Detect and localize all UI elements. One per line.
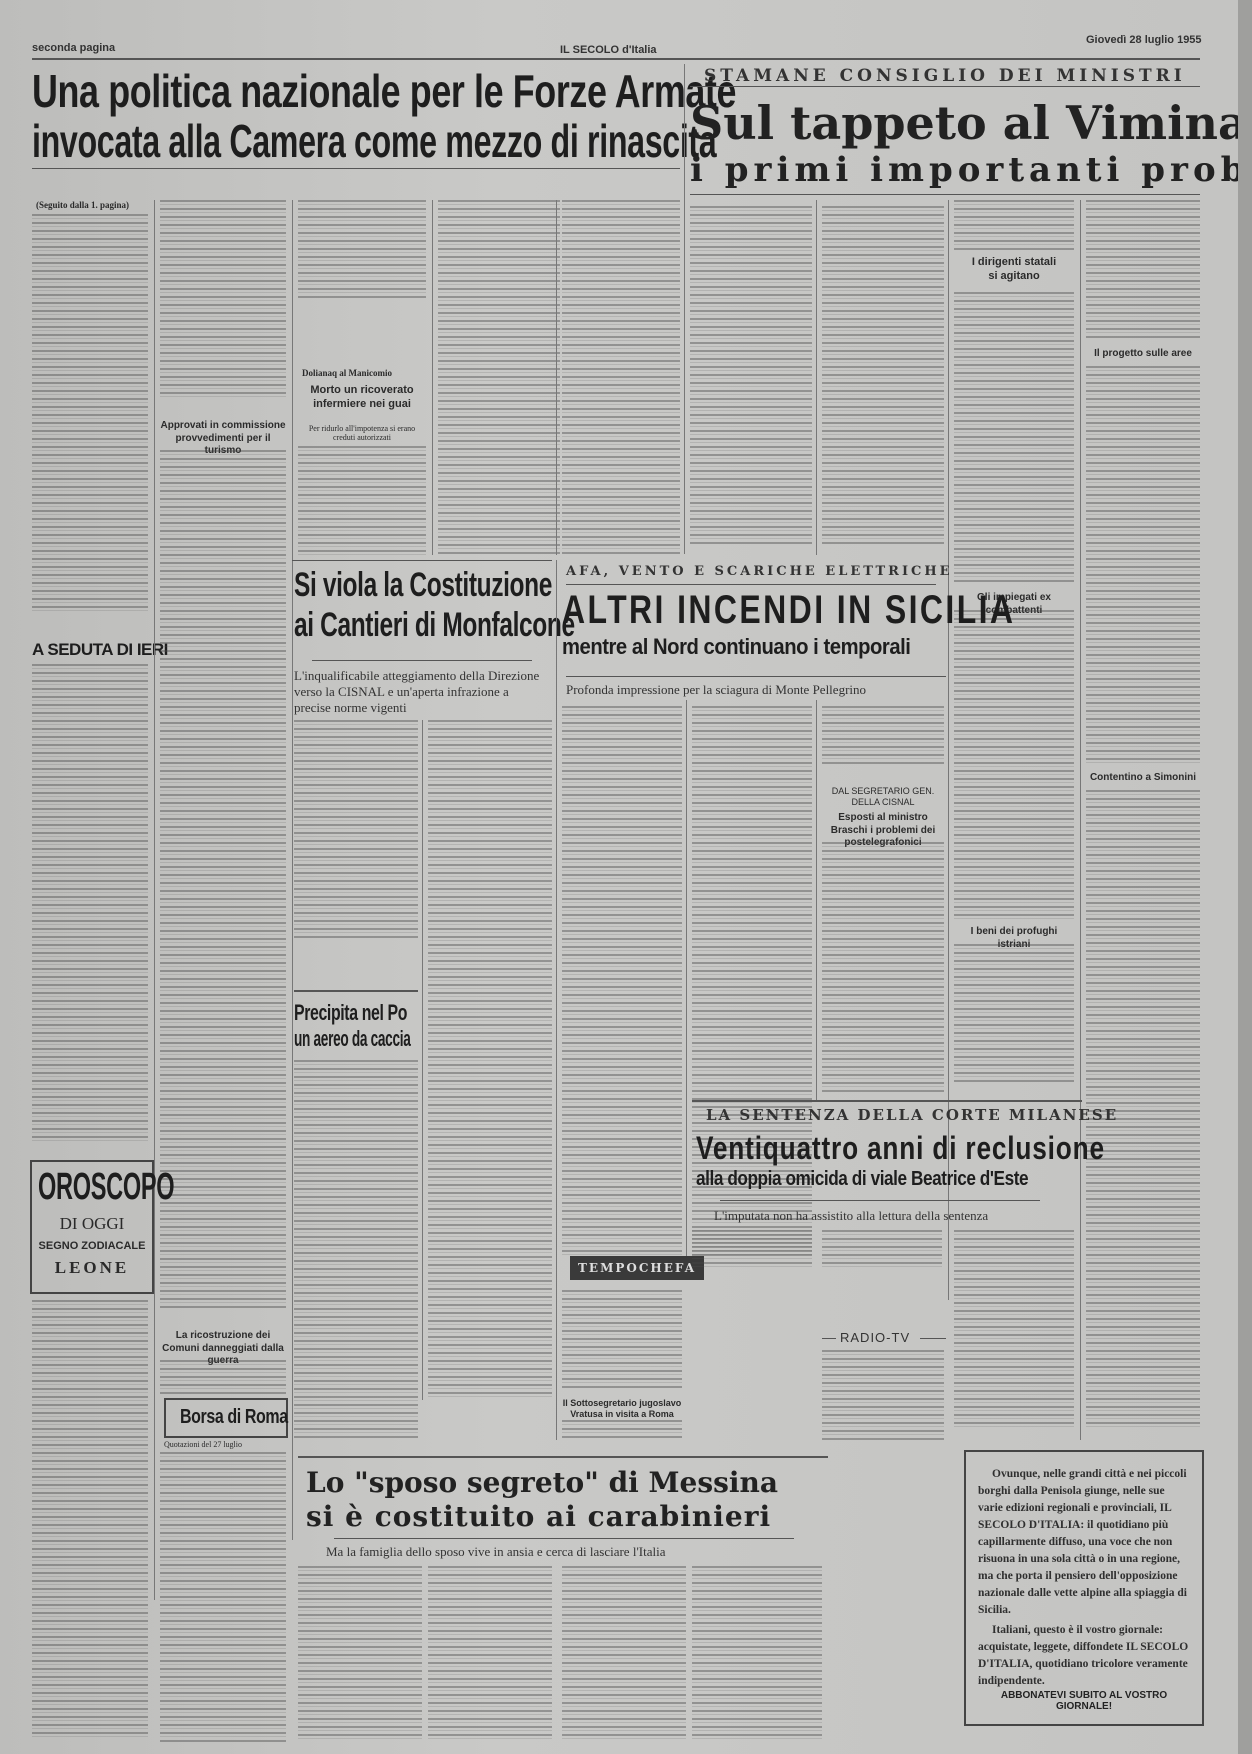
- rule: [690, 194, 1200, 195]
- article-text: [692, 1230, 812, 1270]
- article-text: [294, 1060, 418, 1440]
- article-text: [1086, 200, 1200, 340]
- weather-text: [562, 1290, 682, 1390]
- article-text: [954, 200, 1074, 250]
- section-seduta-di-ieri: A SEDUTA DI IERI: [32, 640, 168, 660]
- column-rule: [556, 560, 557, 1440]
- article-text: [160, 200, 286, 400]
- headline-messina-2: si è costituito ai carabinieri: [306, 1500, 771, 1533]
- headline-dirigenti: I dirigenti statali si agitano: [954, 256, 1074, 284]
- masthead-rule: [32, 58, 1200, 60]
- headline-contentino: Contentino a Simonini: [1086, 772, 1200, 785]
- borsa-listing: [160, 1452, 286, 1742]
- deck-sicilia: Profonda impressione per la sciagura di …: [566, 682, 866, 698]
- headline-sicilia-1: ALTRI INCENDI IN SICILIA: [562, 588, 1015, 633]
- column-rule: [684, 64, 685, 554]
- column-rule: [816, 200, 817, 555]
- headline-progetto: Il progetto sulle aree: [1086, 348, 1200, 361]
- rule: [566, 584, 936, 585]
- article-text: [298, 446, 426, 556]
- column-rule: [292, 200, 293, 1540]
- article-text: [822, 1230, 942, 1270]
- borsa-box: Borsa di Roma: [164, 1398, 288, 1438]
- article-text: [954, 944, 1074, 1084]
- headline-forze-armate-2: invocata alla Camera come mezzo di rinas…: [32, 114, 716, 168]
- headline-messina-1: Lo "sposo segreto" di Messina: [306, 1466, 778, 1499]
- article-text: [438, 200, 560, 555]
- article-text: [562, 1420, 682, 1440]
- headline-forze-armate-1: Una politica nazionale per le Forze Arma…: [32, 64, 736, 118]
- article-text: [954, 1230, 1074, 1430]
- headline-monfalcone-2: ai Cantieri di Monfalcone: [294, 606, 575, 645]
- headline-corte-1: Ventiquattro anni di reclusione: [696, 1130, 1105, 1167]
- horoscope-text: [32, 1300, 148, 1740]
- headline-viminale-2: i primi importanti problemi: [690, 150, 1252, 190]
- article-text: [428, 720, 552, 1400]
- kicker-braschi: DAL SEGRETARIO GEN. DELLA CISNAL: [822, 786, 944, 809]
- article-text: [562, 1566, 686, 1742]
- rule: [312, 660, 532, 661]
- paper-name: IL SECOLO d'Italia: [560, 44, 657, 56]
- oroscopo-title: OROSCOPO: [38, 1166, 174, 1209]
- headline-corte-2: alla doppia omicida di viale Beatrice d'…: [696, 1168, 1028, 1191]
- rule: [822, 1338, 836, 1339]
- promo-paragraph-1: Ovunque, nelle grandi città e nei piccol…: [978, 1466, 1190, 1619]
- headline-borsa: Borsa di Roma: [180, 1406, 288, 1429]
- column-rule: [816, 700, 817, 1100]
- promo-cta: ABBONATEVI SUBITO AL VOSTRO GIORNALE!: [978, 1690, 1190, 1712]
- deck-monfalcone: L'inqualificabile atteggiamento della Di…: [294, 668, 544, 716]
- headline-dirigenti-2: si agitano: [954, 270, 1074, 284]
- article-text: [692, 1566, 822, 1742]
- borsa-deck: Quotazioni del 27 luglio: [164, 1440, 242, 1449]
- rule: [294, 990, 418, 992]
- article-text: [690, 206, 812, 546]
- tempochefa-label: TEMPOCHEFA: [570, 1256, 704, 1280]
- article-text: [954, 292, 1074, 582]
- promo-box: Ovunque, nelle grandi città e nei piccol…: [964, 1450, 1204, 1726]
- headline-monfalcone-1: Si viola la Costituzione: [294, 566, 552, 605]
- oroscopo-line-3: SEGNO ZODIACALE: [32, 1240, 152, 1252]
- article-text: [822, 706, 944, 766]
- issue-date: Giovedì 28 luglio 1955: [1086, 34, 1202, 46]
- article-text: [954, 610, 1074, 920]
- column-rule: [422, 720, 423, 1400]
- article-text: [160, 450, 286, 1310]
- rule: [334, 1538, 794, 1539]
- column-rule: [432, 200, 433, 555]
- radio-tv-listing: [822, 1350, 944, 1440]
- headline-viminale-1: Sul tappeto al Viminale: [690, 96, 1252, 150]
- headline-ricoverato: Morto un ricoverato infermiere nei guai: [298, 384, 426, 412]
- rule: [690, 86, 1200, 87]
- deck-messina: Ma la famiglia dello sposo vive in ansia…: [326, 1544, 666, 1560]
- article-text: [428, 1566, 552, 1742]
- rule: [298, 1456, 828, 1458]
- kicker-viminale: STAMANE CONSIGLIO DEI MINISTRI: [704, 66, 1186, 86]
- headline-po-2: un aereo da caccia: [294, 1026, 410, 1052]
- promo-paragraph-2: Italiani, questo è il vostro giornale: a…: [978, 1622, 1190, 1690]
- headline-po-1: Precipita nel Po: [294, 1000, 407, 1026]
- column-rule: [1080, 200, 1081, 1440]
- headline-sottosegretario: Il Sottosegretario jugoslavo Vratusa in …: [562, 1398, 682, 1421]
- page-edge: [1238, 0, 1252, 1754]
- rule: [566, 676, 946, 677]
- article-text: [1086, 366, 1200, 766]
- kicker-sicilia: AFA, VENTO E SCARICHE ELETTRICHE: [566, 564, 953, 579]
- rule: [692, 1100, 1082, 1102]
- article-text: [160, 1360, 286, 1394]
- headline-dirigenti-1: I dirigenti statali: [954, 256, 1074, 270]
- continued-note: (Seguito dalla 1. pagina): [36, 200, 129, 210]
- column-rule: [686, 700, 687, 1260]
- column-rule: [556, 200, 557, 555]
- rule: [720, 1200, 1040, 1201]
- deck-corte: L'imputata non ha assistito alla lettura…: [714, 1208, 988, 1224]
- oroscopo-line-2: DI OGGI: [32, 1214, 152, 1234]
- article-text: [562, 706, 682, 1256]
- article-text: [298, 200, 426, 300]
- kicker-corte: LA SENTENZA DELLA CORTE MILANESE: [706, 1106, 1118, 1124]
- article-text: [298, 1566, 422, 1742]
- article-text: [32, 214, 148, 614]
- rule: [920, 1338, 946, 1339]
- rule: [32, 168, 680, 169]
- newspaper-page: seconda pagina IL SECOLO d'Italia Gioved…: [0, 0, 1238, 1754]
- article-text: [562, 200, 680, 555]
- headline-sicilia-2: mentre al Nord continuano i temporali: [562, 634, 910, 660]
- oroscopo-box: OROSCOPO DI OGGI SEGNO ZODIACALE LEONE: [30, 1160, 154, 1294]
- radio-tv-label: RADIO-TV: [840, 1330, 910, 1345]
- article-text: [294, 720, 418, 940]
- article-text: [822, 842, 944, 1092]
- deck-ricoverato: Per ridurlo all'impotenza si erano credu…: [298, 424, 426, 442]
- rule: [292, 560, 552, 561]
- article-text: [32, 664, 148, 1144]
- kicker-ricoverato: Dolianaq al Manicomio: [302, 368, 392, 378]
- oroscopo-sign: LEONE: [32, 1258, 152, 1278]
- column-rule: [154, 200, 155, 1600]
- page-label: seconda pagina: [32, 42, 115, 54]
- article-text: [822, 206, 944, 546]
